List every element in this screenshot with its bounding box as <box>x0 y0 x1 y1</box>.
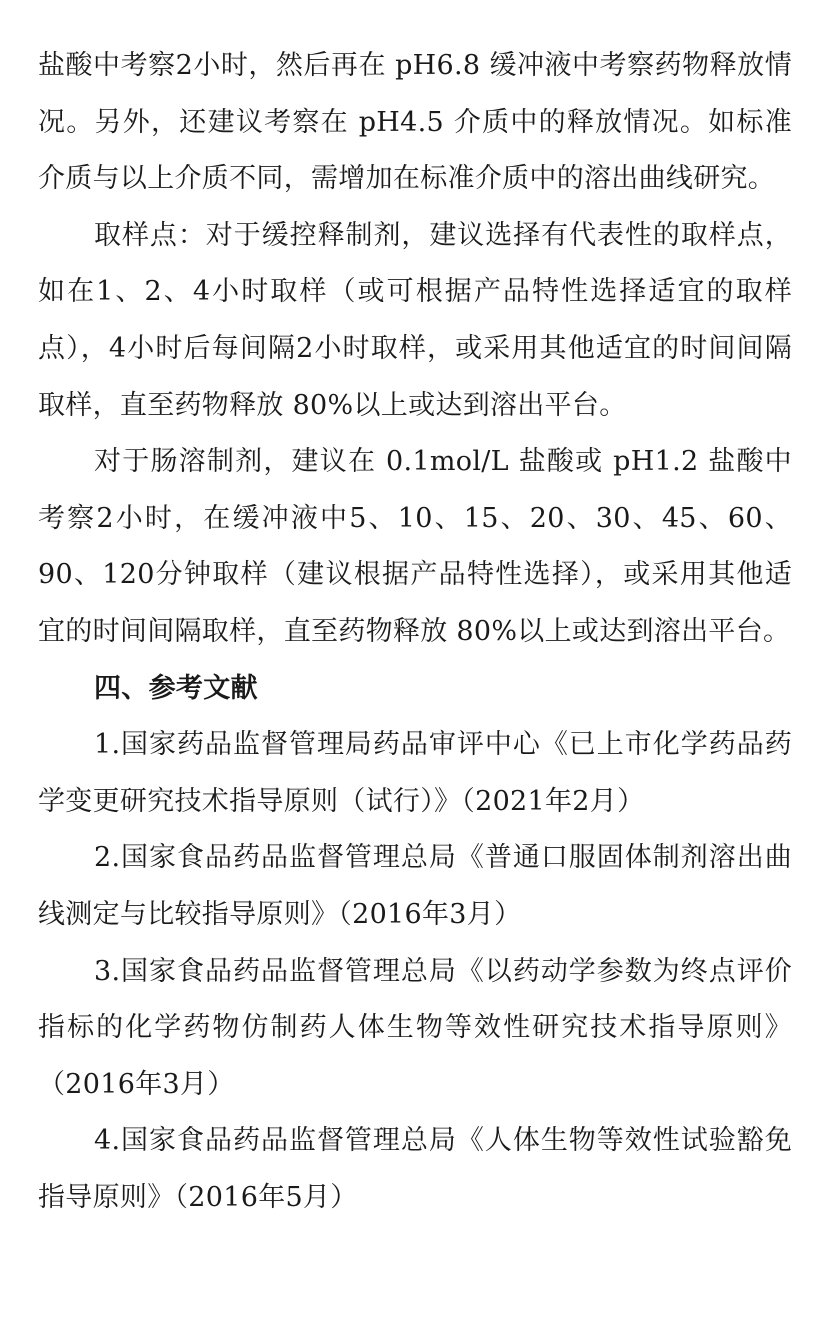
reference-item: 2.国家食品药品监督管理总局《普通口服固体制剂溶出曲线测定与比较指导原则》（20… <box>38 830 792 943</box>
paragraph-dissolution-media: 盐酸中考察2小时，然后再在 pH6.8 缓冲液中考察药物释放情况。另外，还建议考… <box>38 38 792 208</box>
paragraph-sampling-points-enteric: 对于肠溶制剂，建议在 0.1mol/L 盐酸或 pH1.2 盐酸中考察2小时，在… <box>38 434 792 660</box>
document-page: 盐酸中考察2小时，然后再在 pH6.8 缓冲液中考察药物释放情况。另外，还建议考… <box>38 38 792 1226</box>
reference-item: 3.国家食品药品监督管理总局《以药动学参数为终点评价指标的化学药物仿制药人体生物… <box>38 944 792 1114</box>
paragraph-sampling-points-sustained-release: 取样点：对于缓控释制剂，建议选择有代表性的取样点，如在1、2、4小时取样（或可根… <box>38 208 792 434</box>
reference-item: 1.国家药品监督管理局药品审评中心《已上市化学药品药学变更研究技术指导原则（试行… <box>38 717 792 830</box>
section-heading-references: 四、参考文献 <box>38 661 792 718</box>
reference-item: 4.国家食品药品监督管理总局《人体生物等效性试验豁免指导原则》（2016年5月） <box>38 1113 792 1226</box>
